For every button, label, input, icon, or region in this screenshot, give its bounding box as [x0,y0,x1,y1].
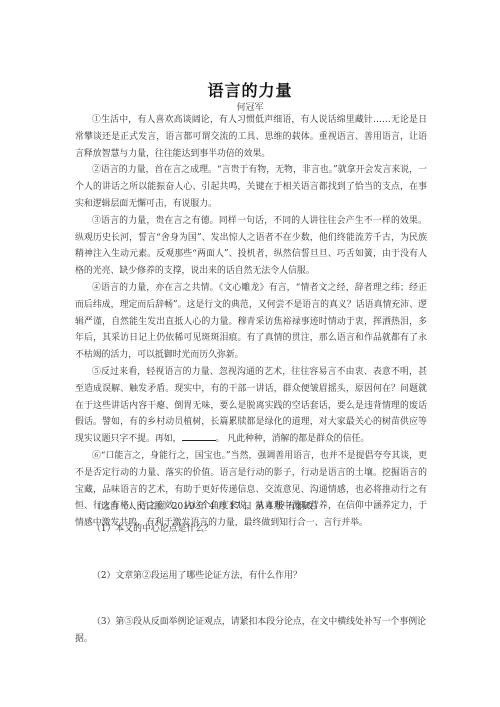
question-2: （2）文章第②段运用了哪些论证方法，有什么作用？ [75,568,427,585]
paragraph-2: ②语言的力量，首在言之成理。“言贵于有物，无物，非言也。”就拿开会发言来说，一个… [75,162,427,212]
source-citation: （选自《人民日报》2019 年 4 月 17 日 第 4 版 有删改） [92,499,322,512]
fill-in-blank[interactable] [182,431,216,441]
paragraph-5: ⑤反过来看，轻视语言的力量、忽视沟通的艺术，往往容易言不由衷、表意不明，甚至造成… [75,364,427,448]
paragraph-5-text-b: 。 凡此种种，消解的都是群众的信任。 [216,434,370,444]
question-2-text: （2）文章第②段运用了哪些论证方法，有什么作用？ [75,568,427,585]
paragraph-4: ④语言的力量，亦在言之共情。《文心雕龙》有言，“情者文之经，辞者理之纬；经正而后… [75,280,427,364]
article-body: ①生活中，有人喜欢高谈阔论，有人习惯低声细语，有人说话绵里藏针……无论是日常攀谈… [75,112,427,532]
document-page: 语言的力量 何冠军 ①生活中，有人喜欢高谈阔论，有人习惯低声细语，有人说话绵里藏… [0,0,500,707]
question-3-text: （3）第⑤段从反面举例论证观点，请紧扣本段分论点，在文中横线处补写一个事例论据。 [75,614,427,648]
paragraph-1: ①生活中，有人喜欢高谈阔论，有人习惯低声细语，有人说话绵里藏针……无论是日常攀谈… [75,112,427,162]
paragraph-3: ③语言的力量，贵在言之有德。同样一句话，不同的人讲往往会产生不一样的效果。纵观历… [75,213,427,280]
paragraph-6: ⑥“口能言之，身能行之，国宝也。”当然，强调善用语言，也并不是提倡夸夸其谈，更不… [75,448,427,532]
question-1: （1）本文的中心论点是什么？ [75,521,427,538]
paragraph-5-text-a: ⑤反过来看，轻视语言的力量、忽视沟通的艺术，往往容易言不由衷、表意不明，甚至造成… [75,367,427,444]
question-1-text: （1）本文的中心论点是什么？ [75,521,427,538]
question-3: （3）第⑤段从反面举例论证观点，请紧扣本段分论点，在文中横线处补写一个事例论据。 [75,614,427,648]
article-title: 语言的力量 [0,78,500,101]
